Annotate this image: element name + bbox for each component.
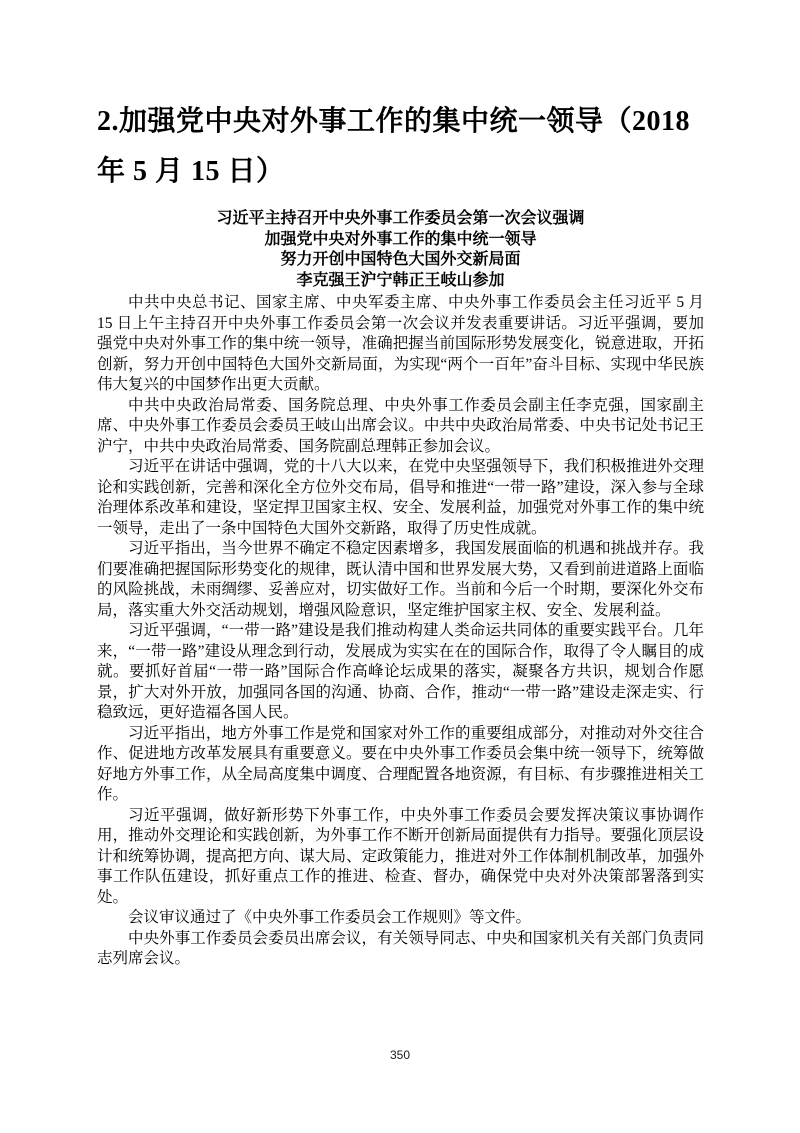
document-page: 2.加强党中央对外事工作的集中统一领导（2018 年 5 月 15 日） 习近平… bbox=[0, 0, 800, 1133]
headline-line-4: 李克强王沪宁韩正王岐山参加 bbox=[97, 271, 704, 292]
body-paragraph: 中央外事工作委员会委员出席会议，有关领导同志、中央和国家机关有关部门负责同志列席… bbox=[97, 929, 704, 970]
page-title: 2.加强党中央对外事工作的集中统一领导（2018 年 5 月 15 日） bbox=[97, 97, 704, 197]
body-paragraph: 习近平强调，做好新形势下外事工作，中央外事工作委员会要发挥决策议事协调作用，推动… bbox=[97, 806, 704, 909]
article-headline-block: 习近平主持召开中央外事工作委员会第一次会议强调 加强党中央对外事工作的集中统一领… bbox=[97, 209, 704, 291]
headline-line-1: 习近平主持召开中央外事工作委员会第一次会议强调 bbox=[97, 209, 704, 230]
body-paragraph: 习近平指出，地方外事工作是党和国家对外工作的重要组成部分，对推动对外交往合作、促… bbox=[97, 724, 704, 806]
body-paragraph: 习近平强调，“一带一路”建设是我们推动构建人类命运共同体的重要实践平台。几年来，… bbox=[97, 621, 704, 724]
body-paragraph: 习近平指出，当今世界不确定不稳定因素增多，我国发展面临的机遇和挑战并存。我们要准… bbox=[97, 539, 704, 621]
body-paragraph: 中共中央总书记、国家主席、中央军委主席、中央外事工作委员会主任习近平 5 月 1… bbox=[97, 293, 704, 396]
headline-line-3: 努力开创中国特色大国外交新局面 bbox=[97, 250, 704, 271]
body-paragraph: 会议审议通过了《中央外事工作委员会工作规则》等文件。 bbox=[97, 908, 704, 929]
document-content: 2.加强党中央对外事工作的集中统一领导（2018 年 5 月 15 日） 习近平… bbox=[0, 0, 800, 970]
body-paragraph: 习近平在讲话中强调，党的十八大以来，在党中央坚强领导下，我们积极推进外交理论和实… bbox=[97, 457, 704, 539]
page-number: 350 bbox=[0, 1048, 800, 1062]
headline-line-2: 加强党中央对外事工作的集中统一领导 bbox=[97, 230, 704, 251]
body-paragraph: 中共中央政治局常委、国务院总理、中央外事工作委员会副主任李克强，国家副主席、中央… bbox=[97, 396, 704, 458]
article-body: 中共中央总书记、国家主席、中央军委主席、中央外事工作委员会主任习近平 5 月 1… bbox=[97, 293, 704, 970]
